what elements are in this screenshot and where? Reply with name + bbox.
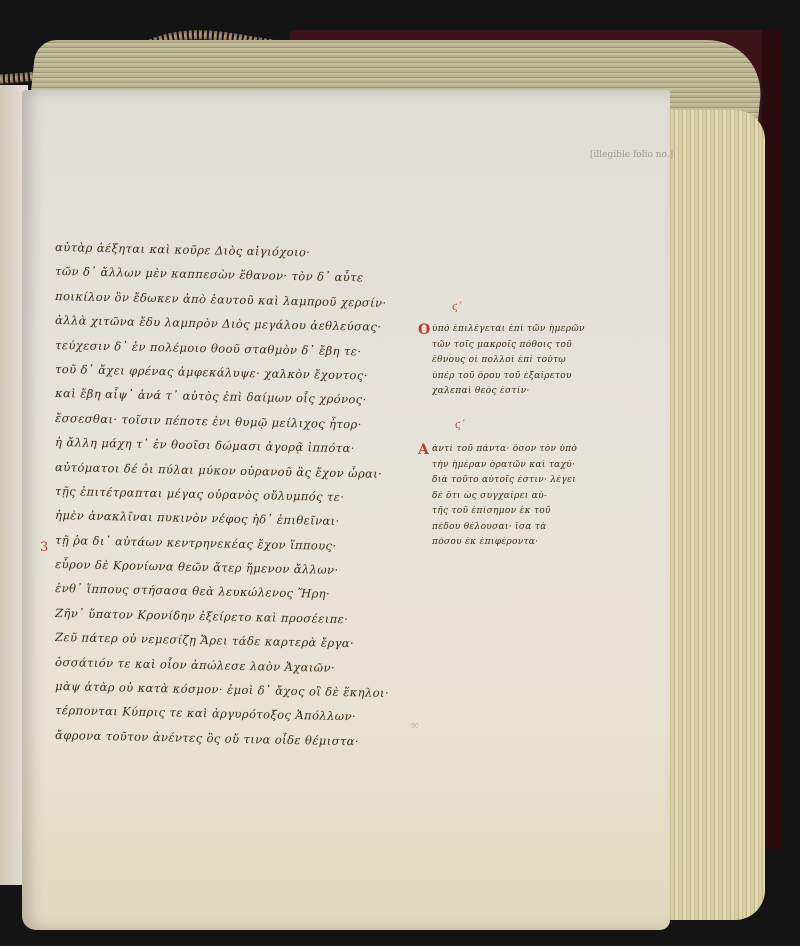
scholion-block: ὑπὸ ἐπιλέγεται ἐπὶ τῶν ἡμερῶν τῶν τοῖς μ… [432, 324, 622, 402]
scholion-line: τῆς τοῦ ἐπίσημον ἐκ τοῦ [432, 506, 622, 522]
scholion-line: δὲ ὅτι ὡς συγχαίρει αὐ- [432, 491, 622, 507]
scholion-block: ἀντὶ τοῦ πάντα· ὅσον τὸν ὑπὸ τὴν ἡμέραν … [432, 444, 622, 553]
book-cover-edge [762, 30, 782, 850]
line-end-flourish-icon: ∞ [410, 718, 420, 732]
scholion-line: τῶν τοῖς μακροῖς πόθοις τοῦ [432, 340, 622, 356]
scholion-line: πόσου ἐκ ἐπιφέροντα· [432, 537, 622, 553]
scholion-line: διὰ τοῦτο αὐτοῖς ἐστιν· λέγει [432, 475, 622, 491]
scholion-line: ὑπὲρ τοῦ ὅρου τοῦ ἐξαίρετου [432, 371, 622, 387]
scholion-sign: ϛ´ [452, 302, 463, 313]
margin-numeral: 3 [40, 540, 48, 555]
folio-number: [illegible folio no.] [590, 150, 673, 160]
main-text-block: αὐτὰρ ἀέξηται καὶ κοῦρε Διὸς αἰγιόχοιο· … [55, 240, 425, 752]
scholion-line: ὑπὸ ἐπιλέγεται ἐπὶ τῶν ἡμερῶν [432, 324, 622, 340]
scholion-line: ἀντὶ τοῦ πάντα· ὅσον τὸν ὑπὸ [432, 444, 622, 460]
scholion-line: χαλεπαὶ θεὸς ἐστίν· [432, 386, 622, 402]
page-edges-fore [655, 110, 765, 920]
scholion-sign: ϛ´ [455, 420, 466, 431]
scholion-line: πέδου θέλουσαι· ἴσα τὰ [432, 522, 622, 538]
rubric-initial: O [418, 322, 430, 338]
rubric-initial: A [418, 442, 429, 458]
scholion-line: ἔθνους οἱ πολλοὶ ἐπὶ τούτῳ [432, 355, 622, 371]
scholion-line: τὴν ἡμέραν ὁρατῶν καὶ ταχύ· [432, 460, 622, 476]
